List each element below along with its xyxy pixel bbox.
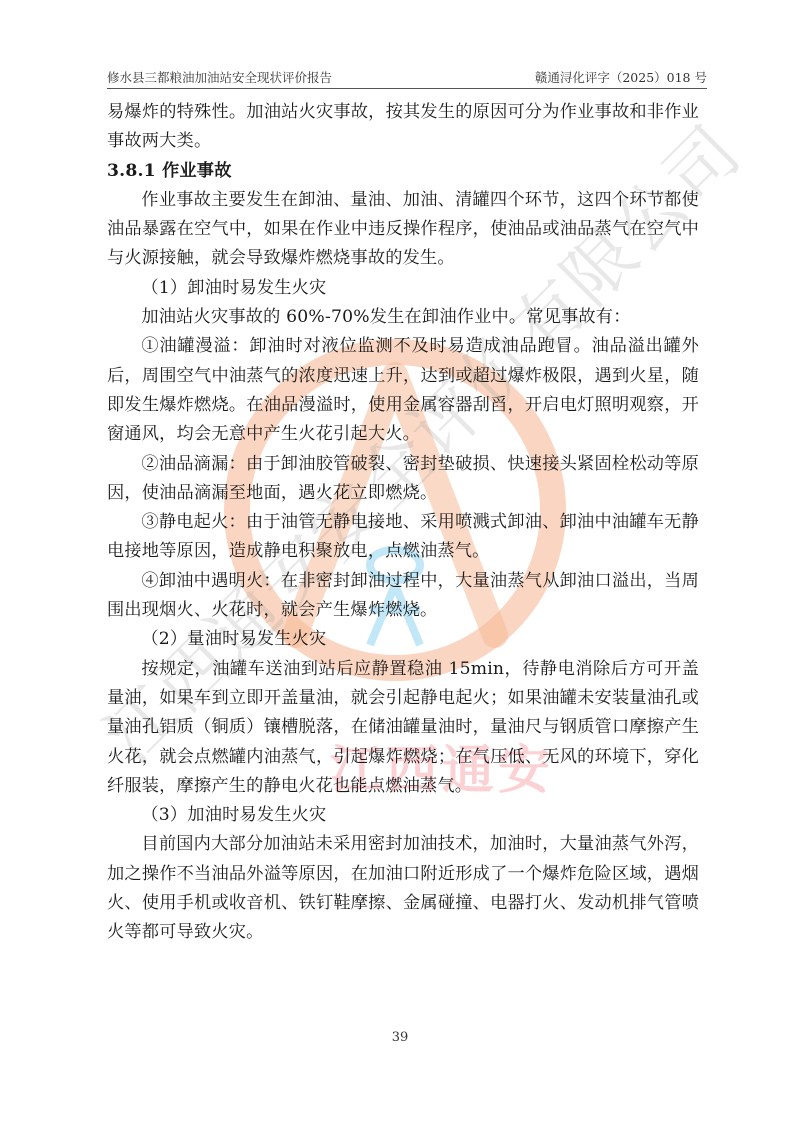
page-number: 39 [0, 1030, 800, 1045]
subsection-heading: （1）卸油时易发生火灾 [107, 274, 699, 303]
list-item: ②油品滴漏：由于卸油胶管破裂、密封垫破损、快速接头紧固栓松动等原因，使油品滴漏至… [107, 450, 699, 509]
document-body: 易爆炸的特殊性。加油站火灾事故，按其发生的原因可分为作业事故和非作业事故两大类。… [107, 98, 699, 948]
section-heading: 3.8.1 作业事故 [107, 157, 699, 186]
report-title: 修水县三都粮油加油站安全现状评价报告 [107, 68, 332, 86]
list-item: ④卸油中遇明火：在非密封卸油过程中，大量油蒸气从卸油口溢出，当周围出现烟火、火花… [107, 567, 699, 626]
list-item: ③静电起火：由于油管无静电接地、采用喷溅式卸油、卸油中油罐车无静电接地等原因，造… [107, 508, 699, 567]
document-page: 江西通安安全评价有限公司 江西通安 修水县三都粮油加油站安全现状评价报告 赣通浔… [0, 0, 800, 1131]
header-divider [107, 88, 707, 89]
subsection-heading: （2）量油时易发生火灾 [107, 625, 699, 654]
subsection-heading: （3）加油时易发生火灾 [107, 801, 699, 830]
paragraph-continuation: 易爆炸的特殊性。加油站火灾事故，按其发生的原因可分为作业事故和非作业事故两大类。 [107, 98, 699, 157]
paragraph: 作业事故主要发生在卸油、量油、加油、清罐四个环节，这四个环节都使油品暴露在空气中… [107, 186, 699, 274]
report-number: 赣通浔化评字（2025）018 号 [535, 68, 707, 86]
paragraph: 加油站火灾事故的 60%-70%发生在卸油作业中。常见事故有： [107, 303, 699, 332]
list-item: ①油罐漫溢：卸油时对液位监测不及时易造成油品跑冒。油品溢出罐外后，周围空气中油蒸… [107, 332, 699, 449]
paragraph: 目前国内大部分加油站未采用密封加油技术，加油时，大量油蒸气外泻，加之操作不当油品… [107, 830, 699, 947]
paragraph: 按规定，油罐车送油到站后应静置稳油 15min，待静电消除后方可开盖量油，如果车… [107, 655, 699, 801]
page-header: 修水县三都粮油加油站安全现状评价报告 赣通浔化评字（2025）018 号 [107, 66, 707, 86]
